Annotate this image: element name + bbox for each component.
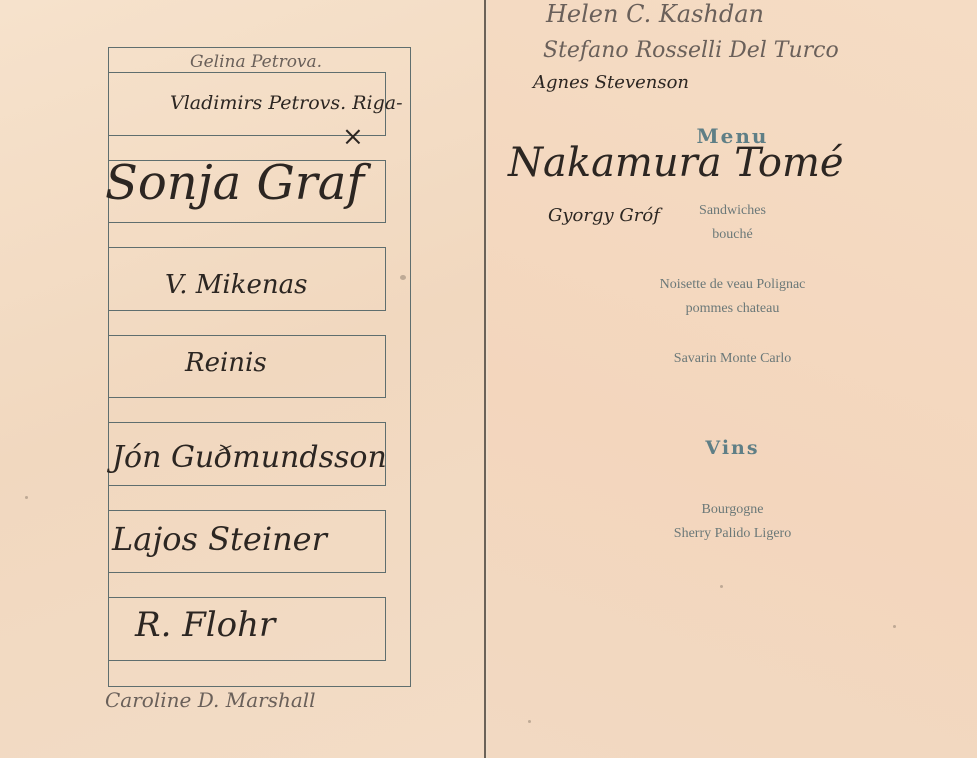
signature-flohr: R. Flohr [135,605,275,645]
right-page: Helen C. Kashdan Stefano Rosselli Del Tu… [488,0,977,758]
signature-rosselli-del-turco: Stefano Rosselli Del Turco [543,38,839,63]
signature-gudmundsson: Jón Guðmundsson [112,440,387,475]
menu-course-1-line-2: bouché [488,227,977,243]
signature-mikenas: V. Mikenas [165,270,307,300]
paper-speck [720,585,723,588]
menu-course-1-line-1: Sandwiches [488,203,977,219]
wine-item-2: Sherry Palido Ligero [488,526,977,542]
signature-steiner: Lajos Steiner [112,520,327,558]
paper-speck [893,625,896,628]
menu-booklet-spread: Gelina Petrova. Vladimirs Petrovs. Riga-… [0,0,977,758]
signature-reinis: Reinis [185,348,267,378]
signature-helen-kashdan: Helen C. Kashdan [546,0,764,28]
signature-cross-large: Nakamura Tomé [508,140,844,186]
signature-agnes-stevenson: Agnes Stevenson [533,72,689,93]
signature-gelina-petrova: Gelina Petrova. [190,52,322,72]
menu-course-2-line-1: Noisette de veau Polignac [488,277,977,293]
wine-item-1: Bourgogne [488,502,977,518]
signature-vladimirs-petrovs: Vladimirs Petrovs. Riga- [170,92,403,114]
menu-course-2-line-2: pommes chateau [488,301,977,317]
wines-heading: Vins [488,437,977,459]
paper-speck [25,496,28,499]
paper-speck [528,720,531,723]
paper-stain [400,275,406,280]
cross-mark: × [342,122,364,152]
menu-course-3: Savarin Monte Carlo [488,351,977,367]
signature-sonja-graf: Sonja Graf [105,155,364,211]
left-page: Gelina Petrova. Vladimirs Petrovs. Riga-… [0,0,485,758]
signature-caroline-marshall: Caroline D. Marshall [105,688,316,712]
